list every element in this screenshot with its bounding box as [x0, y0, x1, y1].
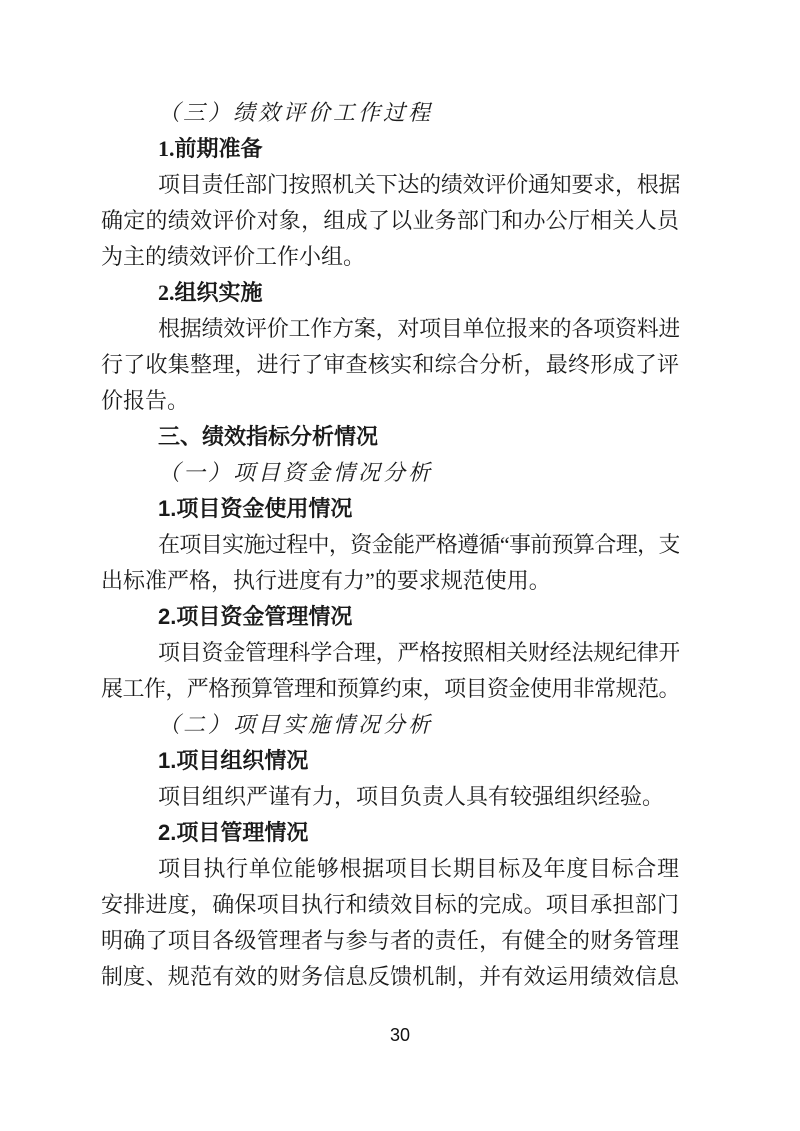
heading-org-implementation: 2.组织实施 [101, 275, 679, 311]
heading-funds-usage: 1.项目资金使用情况 [101, 491, 679, 527]
text-line: 项目责任部门按照机关下达的绩效评价通知要求，根据 [101, 167, 679, 203]
heading-kai-funds-analysis: （一）项目资金情况分析 [101, 455, 679, 491]
heading-kai-work-process: （三）绩效评价工作过程 [101, 95, 679, 131]
heading-project-management: 2.项目管理情况 [101, 815, 679, 851]
text-line: 出标准严格，执行进度有力”的要求规范使用。 [101, 563, 679, 599]
heading-funds-management: 2.项目资金管理情况 [101, 599, 679, 635]
heading-early-preparation: 1.前期准备 [101, 131, 679, 167]
text-line: 制度、规范有效的财务信息反馈机制，并有效运用绩效信息 [101, 959, 679, 995]
heading-section-three: 三、绩效指标分析情况 [101, 419, 679, 455]
document-body: （三）绩效评价工作过程 1.前期准备 项目责任部门按照机关下达的绩效评价通知要求… [101, 95, 679, 995]
heading-kai-impl-analysis: （二）项目实施情况分析 [101, 707, 679, 743]
text-line: 确定的绩效评价对象，组成了以业务部门和办公厅相关人员 [101, 203, 679, 239]
text-line: 在项目实施过程中，资金能严格遵循“事前预算合理，支 [101, 527, 679, 563]
text-line: 为主的绩效评价工作小组。 [101, 239, 679, 275]
text-line: 安排进度，确保项目执行和绩效目标的完成。项目承担部门 [101, 887, 679, 923]
text-line: 项目资金管理科学合理，严格按照相关财经法规纪律开 [101, 635, 679, 671]
text-line: 展工作，严格预算管理和预算约束，项目资金使用非常规范。 [101, 671, 679, 707]
text-line: 项目组织严谨有力，项目负责人具有较强组织经验。 [101, 779, 679, 815]
page-number: 30 [0, 1022, 800, 1048]
text-line: 项目执行单位能够根据项目长期目标及年度目标合理 [101, 851, 679, 887]
heading-project-org: 1.项目组织情况 [101, 743, 679, 779]
text-line: 明确了项目各级管理者与参与者的责任，有健全的财务管理 [101, 923, 679, 959]
text-line: 行了收集整理，进行了审查核实和综合分析，最终形成了评 [101, 347, 679, 383]
text-line: 价报告。 [101, 383, 679, 419]
document-page: （三）绩效评价工作过程 1.前期准备 项目责任部门按照机关下达的绩效评价通知要求… [0, 0, 800, 1131]
text-line: 根据绩效评价工作方案，对项目单位报来的各项资料进 [101, 311, 679, 347]
